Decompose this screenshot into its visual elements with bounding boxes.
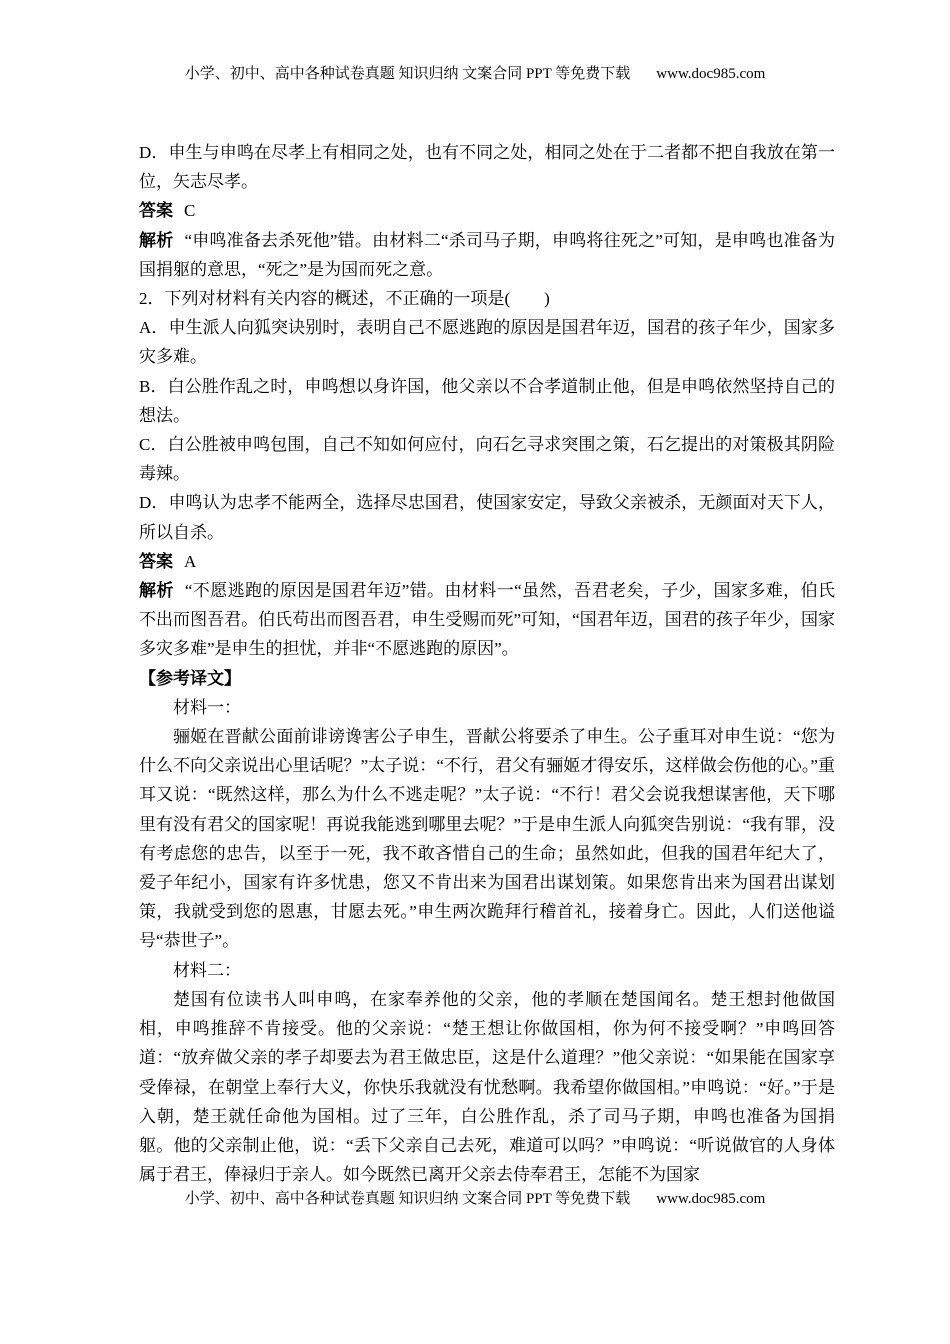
option-item: C．白公胜被申鸣包围，自己不知如何应付，向石乞寻求突围之策，石乞提出的对策极其阴…: [139, 430, 835, 488]
material-label: 材料二：: [139, 956, 835, 985]
option-item: B．白公胜作乱之时，申鸣想以身许国，他父亲以不合孝道制止他，但是申鸣依然坚持自己…: [139, 372, 835, 430]
footer-site-url: www.doc985.com: [656, 1189, 765, 1209]
analysis-label: 解析: [139, 581, 174, 600]
option-item: A．申生派人向狐突诀别时，表明自己不愿逃跑的原因是国君年迈，国君的孩子年少，国家…: [139, 313, 835, 371]
analysis-label: 解析: [139, 231, 173, 250]
footer-promo-text: 小学、初中、高中各种试卷真题 知识归纳 文案合同 PPT 等免费下载: [185, 1189, 631, 1209]
header-site-url: www.doc985.com: [656, 64, 765, 84]
header-promo-text: 小学、初中、高中各种试卷真题 知识归纳 文案合同 PPT 等免费下载: [185, 64, 631, 84]
answer-text: C: [184, 201, 195, 220]
material-label: 材料一：: [139, 693, 835, 722]
analysis-text: “不愿逃跑的原因是国君年迈”错。由材料一“虽然，吾君老矣，子少，国家多难，伯氏不…: [139, 581, 835, 658]
option-item: D．申鸣认为忠孝不能两全，选择尽忠国君，使国家安定，导致父亲被杀，无颜面对天下人…: [139, 488, 835, 546]
document-page: 小学、初中、高中各种试卷真题 知识归纳 文案合同 PPT 等免费下载 www.d…: [0, 0, 950, 1344]
answer-label: 答案: [139, 201, 173, 220]
analysis-line: 解析“不愿逃跑的原因是国君年迈”错。由材料一“虽然，吾君老矣，子少，国家多难，伯…: [139, 576, 835, 664]
option-item: D．申生与申鸣在尽孝上有相同之处，也有不同之处，相同之处在于二者都不把自我放在第…: [139, 138, 835, 196]
translation-heading: 【参考译文】: [139, 664, 835, 693]
question-line: 2．下列对材料有关内容的概述，不正确的一项是( ): [139, 284, 835, 313]
footer-watermark: 小学、初中、高中各种试卷真题 知识归纳 文案合同 PPT 等免费下载 www.d…: [0, 1189, 950, 1209]
document-body: D．申生与申鸣在尽孝上有相同之处，也有不同之处，相同之处在于二者都不把自我放在第…: [139, 138, 835, 1189]
translation-paragraph: 骊姬在晋献公面前诽谤谗害公子申生，晋献公将要杀了申生。公子重耳对申生说：“您为什…: [139, 722, 835, 956]
header-watermark: 小学、初中、高中各种试卷真题 知识归纳 文案合同 PPT 等免费下载 www.d…: [0, 64, 950, 84]
answer-line: 答案A: [139, 547, 835, 576]
analysis-line: 解析“申鸣准备去杀死他”错。由材料二“杀司马子期，申鸣将往死之”可知，是申鸣也准…: [139, 226, 835, 284]
answer-line: 答案C: [139, 196, 835, 225]
answer-label: 答案: [139, 552, 173, 571]
answer-text: A: [184, 552, 196, 571]
translation-paragraph: 楚国有位读书人叫申鸣，在家奉养他的父亲，他的孝顺在楚国闻名。楚王想封他做国相，申…: [139, 985, 835, 1189]
analysis-text: “申鸣准备去杀死他”错。由材料二“杀司马子期，申鸣将往死之”可知，是申鸣也准备为…: [139, 231, 835, 279]
